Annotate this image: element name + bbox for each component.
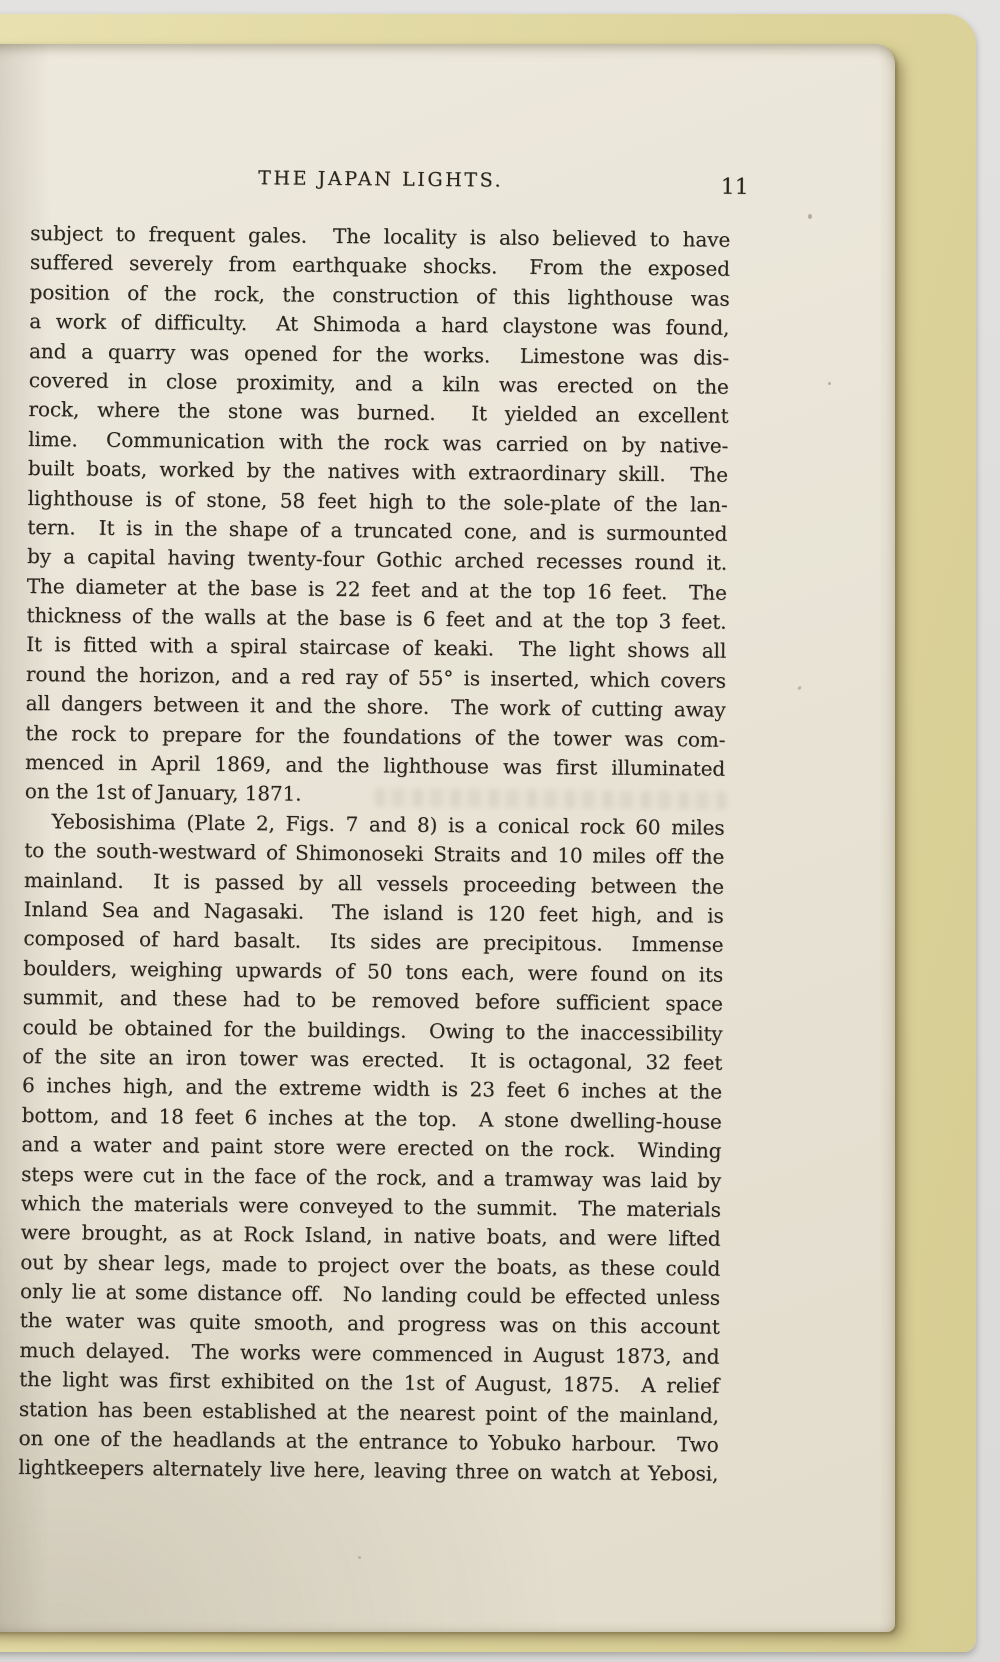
running-header: THE JAPAN LIGHTS.: [31, 164, 731, 195]
text-line: lightkeepers alternately live here, leav…: [18, 1453, 718, 1489]
paper-speck: [797, 686, 802, 691]
book-page: THE JAPAN LIGHTS. 11 subject to frequent…: [0, 44, 895, 1632]
paper-speck: [808, 214, 812, 219]
body-text: subject to frequent gales. The locality …: [18, 219, 730, 1489]
paper-speck: [828, 382, 831, 385]
photo-backdrop: THE JAPAN LIGHTS. 11 subject to frequent…: [0, 0, 1000, 1662]
page-content: THE JAPAN LIGHTS. 11 subject to frequent…: [17, 44, 732, 1639]
ink-bleed-ghost: [375, 788, 727, 809]
page-header: THE JAPAN LIGHTS. 11: [31, 164, 731, 201]
page-number: 11: [721, 176, 749, 200]
